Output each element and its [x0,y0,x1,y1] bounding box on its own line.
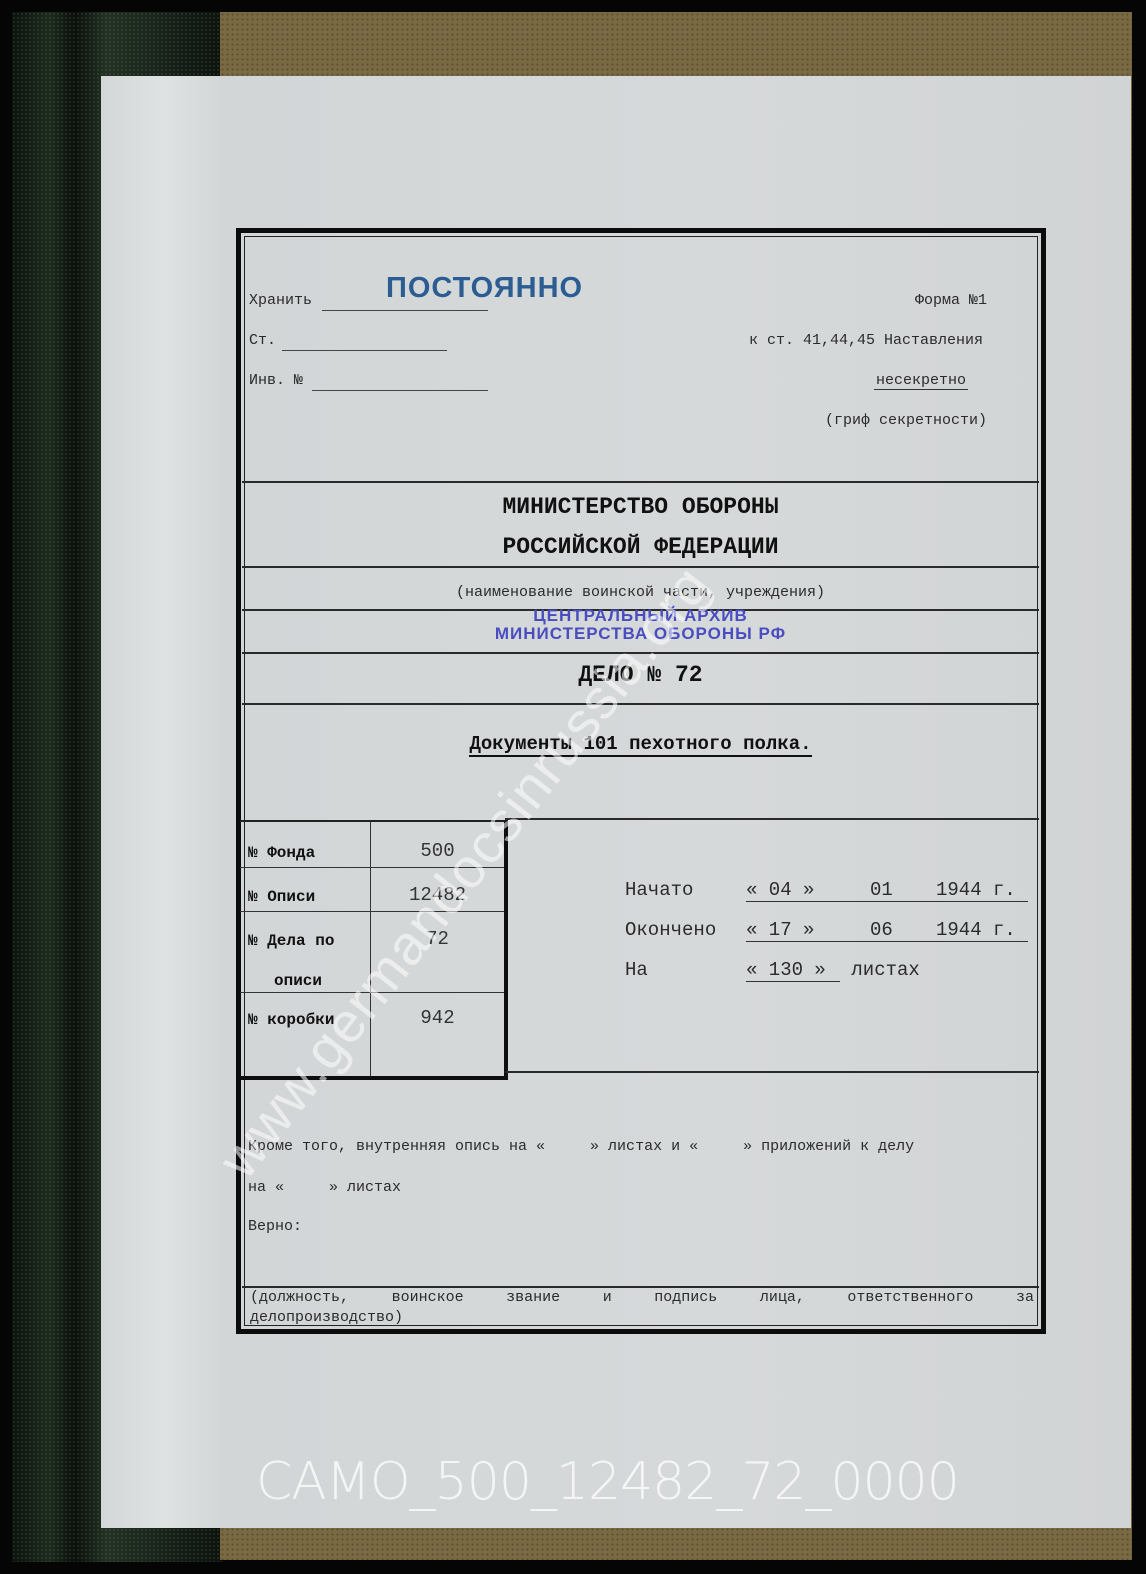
store-label: Хранить [249,292,312,309]
sheets-label: На [625,959,648,981]
internal-inventory-note: Кроме того, внутренняя опись на « » лист… [248,1138,914,1155]
secrecy-value: несекретно [874,372,968,390]
secrecy-caption: (гриф секретности) [825,412,987,429]
article-label: Ст. [249,332,276,349]
org-name-line2: РОССИЙСКОЙ ФЕДЕРАЦИИ [242,534,1039,560]
divider [242,566,1039,568]
store-stamp: ПОСТОЯННО [386,272,583,305]
divider [242,703,1039,705]
file-identifier: CAMO_500_12482_72_0000 [256,1452,959,1512]
started-date: « 04 » 01 1944 г. [746,879,1028,902]
article-reference: к ст. 41,44,45 Наставления [749,332,983,349]
form-frame [236,228,1046,1334]
divider [242,1286,1039,1288]
ended-date: « 17 » 06 1944 г. [746,919,1028,942]
article-blank [282,350,447,351]
form-number: Форма №1 [915,292,987,309]
started-label: Начато [625,879,693,901]
signature-caption: (должность, воинское звание и подпись ли… [250,1289,1034,1306]
org-name-line1: МИНИСТЕРСТВО ОБОРОНЫ [242,494,1039,520]
inventory-blank [312,390,488,391]
inventory-label: Инв. № [249,372,303,389]
divider [505,1071,1039,1073]
signature-caption-cont: делопроизводство) [250,1309,403,1326]
ended-label: Окончено [625,919,716,941]
divider [242,481,1039,483]
sheets-count: « 130 » [746,959,840,982]
internal-inventory-sheets: на « » листах [248,1179,401,1196]
divider [505,818,1039,820]
sheets-suffix: листах [851,959,919,981]
certified-label: Верно: [248,1218,302,1235]
store-blank [322,310,488,311]
